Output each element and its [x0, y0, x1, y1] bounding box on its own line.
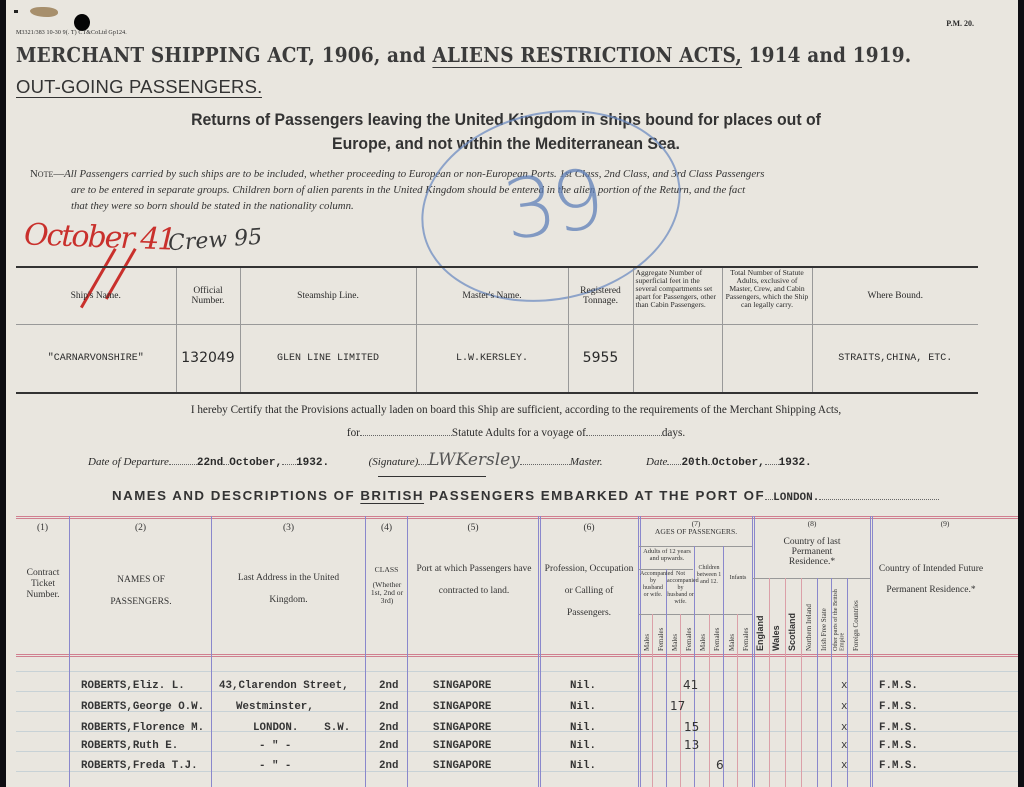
col6-number: (6)	[540, 523, 638, 534]
residence-mark: x	[841, 701, 847, 713]
future-residence: F.M.S.	[879, 740, 918, 752]
header-official-number: Official Number.	[176, 267, 240, 324]
passenger-class: 2nd	[379, 680, 398, 692]
future-residence: F.M.S.	[879, 701, 918, 713]
col-ages-adults: Adults of 12 years and upwards.	[640, 548, 694, 562]
document-subtitle: OUT-GOING PASSENGERS.	[16, 77, 262, 98]
col1-number: (1)	[16, 523, 69, 534]
sub-divider	[753, 578, 870, 579]
passenger-class: 2nd	[379, 760, 398, 772]
col-ages-children: Children between 1 and 12.	[695, 565, 723, 586]
passengers-heading: NAMES AND DESCRIPTIONS OF BRITISH PASSEN…	[112, 488, 939, 504]
passenger-port: SINGAPORE	[433, 701, 491, 713]
embarkation-port: LONDON.	[773, 492, 819, 504]
statute-adults-blank	[360, 426, 452, 436]
passenger-name: ROBERTS,Ruth E.	[81, 740, 178, 752]
col-males-label: Males	[699, 621, 707, 651]
col3-number: (3)	[212, 523, 365, 534]
col-profession-header: Profession, Occupation or Calling of Pas…	[542, 558, 636, 624]
date-day: 20th	[681, 457, 707, 469]
passenger-address: - " -	[259, 760, 291, 772]
ship-details-table: Ship's Name. Official Number. Steamship …	[16, 266, 978, 394]
voyage-days-blank	[586, 426, 662, 436]
header-where-bound: Where Bound.	[812, 267, 978, 324]
ship-header-row: Ship's Name. Official Number. Steamship …	[16, 267, 978, 324]
col-contract-ticket-header: Contract Ticket Number.	[18, 568, 68, 601]
date-month: October,	[712, 457, 765, 469]
master-signature: LWKersley	[428, 450, 520, 470]
master-name: L.W.KERSLEY.	[416, 324, 568, 393]
col-scotland-label: Scotland	[788, 611, 796, 651]
passenger-profession: Nil.	[570, 740, 596, 752]
certification-statement: I hereby Certify that the Provisions act…	[16, 404, 1016, 416]
future-residence: F.M.S.	[879, 680, 918, 692]
col4-number: (4)	[366, 523, 407, 534]
column-divider	[817, 578, 818, 787]
sub-divider	[639, 614, 752, 615]
col-class-subtitle: (Whether 1st, 2nd or 3rd)	[368, 581, 406, 605]
column-divider	[801, 578, 802, 787]
passenger-profession: Nil.	[570, 760, 596, 772]
col-wales-label: Wales	[772, 623, 780, 651]
column-divider	[709, 614, 710, 787]
column-divider	[407, 516, 408, 787]
passenger-name: ROBERTS,Freda T.J.	[81, 760, 198, 772]
heading-part-1: NAMES AND DESCRIPTIONS OF	[112, 488, 360, 503]
document-title: MERCHANT SHIPPING ACT, 1906, and ALIENS …	[16, 43, 911, 67]
departure-day: 22nd	[197, 457, 223, 469]
column-divider	[752, 516, 755, 787]
printer-reference: M3321/383 10-30 9(. T) CT&CoLtd Gp124.	[16, 30, 127, 36]
header-master-name: Master's Name.	[416, 267, 568, 324]
certification-voyage-line: forStatute Adults for a voyage ofdays.	[16, 426, 1016, 439]
passenger-port: SINGAPORE	[433, 760, 491, 772]
dotted-leader	[765, 490, 773, 500]
col-foreign-countries-label: Foreign Countries	[852, 593, 860, 651]
col-males-label: Males	[671, 621, 679, 651]
passenger-return-form: M3321/383 10-30 9(. T) CT&CoLtd Gp124. P…	[6, 0, 1018, 787]
blue-circled-number: 39	[498, 152, 607, 259]
col-british-empire-label: Other parts of the British Empire	[833, 581, 846, 651]
col-northern-ireland-label: Northern Ireland	[805, 595, 813, 651]
column-divider	[723, 546, 724, 787]
ship-name: "CARNARVONSHIRE"	[16, 324, 176, 393]
days-label: days.	[662, 427, 685, 439]
for-label: for	[347, 427, 360, 439]
col-ages-accompanied: Accompanied by husband or wife.	[640, 571, 666, 599]
passenger-address: LONDON. S.W.	[253, 722, 350, 734]
passenger-profession: Nil.	[570, 701, 596, 713]
passenger-port: SINGAPORE	[433, 740, 491, 752]
future-residence: F.M.S.	[879, 760, 918, 772]
col-england-label: England	[756, 611, 764, 651]
column-divider	[652, 614, 653, 787]
col5-number: (5)	[408, 523, 538, 534]
column-divider	[870, 516, 873, 787]
passenger-age: 6	[716, 758, 724, 772]
col-females-label: Females	[685, 621, 693, 651]
passenger-class: 2nd	[379, 740, 398, 752]
passenger-age: 41	[683, 678, 698, 692]
dotted-leader	[169, 455, 197, 465]
steamship-line: GLEN LINE LIMITED	[240, 324, 416, 393]
dotted-leader	[282, 455, 296, 465]
passenger-address: - " -	[259, 740, 291, 752]
col-port-header: Port at which Passengers have contracted…	[410, 558, 538, 602]
statute-label: Statute Adults for a voyage of	[452, 427, 586, 439]
heading-british: BRITISH	[360, 488, 424, 503]
passenger-name: ROBERTS,Eliz. L.	[81, 680, 185, 692]
col-females-label: Females	[742, 621, 750, 651]
column-divider	[365, 516, 366, 787]
col-future-residence-header: Country of Intended Future Permanent Res…	[876, 559, 986, 601]
punch-hole	[74, 14, 90, 31]
col-ages-infants: Infants	[724, 575, 752, 582]
passenger-age: 13	[684, 738, 699, 752]
column-divider	[69, 516, 70, 787]
passenger-table: (1) Contract Ticket Number. (2) NAMES OF…	[6, 513, 1018, 787]
dotted-leader	[819, 490, 939, 500]
table-top-rule	[16, 516, 1018, 519]
dotted-leader	[765, 455, 779, 465]
aggregate-feet	[633, 324, 722, 393]
form-code: P.M. 20.	[946, 19, 974, 28]
col-males-label: Males	[643, 621, 651, 651]
passenger-class: 2nd	[379, 701, 398, 713]
official-number: 132049	[176, 324, 240, 393]
signature-underline	[378, 476, 486, 477]
column-divider	[785, 578, 786, 787]
residence-mark: x	[841, 760, 847, 772]
passenger-address: Westminster,	[236, 701, 314, 713]
archive-stamp	[6, 4, 46, 18]
where-bound: STRAITS,CHINA, ETC.	[812, 324, 978, 393]
header-bottom-rule	[16, 654, 1018, 657]
passenger-profession: Nil.	[570, 722, 596, 734]
red-handwritten-annotation: October 41	[23, 217, 175, 257]
col-males-label: Males	[728, 621, 736, 651]
column-divider	[769, 578, 770, 787]
signature-label: (Signature)	[369, 456, 419, 468]
passenger-port: SINGAPORE	[433, 680, 491, 692]
col8-number: (8)	[754, 520, 870, 528]
col-ages-header: AGES OF PASSENGERS.	[648, 528, 744, 536]
departure-label: Date of Departure	[88, 456, 169, 468]
col-females-label: Females	[657, 621, 665, 651]
col9-number: (9)	[872, 520, 1018, 528]
sub-divider	[639, 546, 752, 547]
dotted-leader	[418, 455, 428, 465]
passenger-port: SINGAPORE	[433, 722, 491, 734]
heading-part-2: PASSENGERS EMBARKED AT THE PORT OF	[424, 488, 765, 503]
col-females-label: Females	[713, 621, 721, 651]
date-year: 1932.	[779, 457, 812, 469]
col-irish-free-state-label: Irish Free State	[820, 601, 828, 651]
dotted-leader	[520, 455, 570, 465]
residence-mark: x	[841, 680, 847, 692]
header-registered-tonnage: Registered Tonnage.	[568, 267, 633, 324]
passenger-age: 15	[684, 720, 699, 734]
statute-adults	[722, 324, 812, 393]
passenger-profession: Nil.	[570, 680, 596, 692]
passenger-address: 43,Clarendon Street,	[219, 680, 349, 692]
col-class-title: CLASS	[366, 566, 407, 574]
passenger-name: ROBERTS,Florence M.	[81, 722, 204, 734]
header-steamship-line: Steamship Line.	[240, 267, 416, 324]
pencil-handwritten-annotation: Crew 95	[167, 225, 263, 257]
dotted-leader	[667, 455, 681, 465]
departure-signature-line: Date of Departure22ndOctober,1932. (Sign…	[88, 450, 812, 470]
registered-tonnage: 5955	[568, 324, 633, 393]
residence-mark: x	[841, 740, 847, 752]
column-divider	[538, 516, 541, 787]
master-label: Master.	[570, 456, 603, 468]
title-part-2: ALIENS RESTRICTION ACTS,	[432, 43, 742, 67]
residence-mark: x	[841, 722, 847, 734]
col-ages-not-accompanied: Not accompanied by husband or wife.	[667, 571, 694, 606]
col-names-header: NAMES OF PASSENGERS.	[106, 569, 176, 613]
title-part-1: MERCHANT SHIPPING ACT, 1906, and	[16, 43, 432, 67]
departure-month: October,	[229, 457, 282, 469]
header-ship-name: Ship's Name.	[16, 267, 176, 324]
col-address-header: Last Address in the United Kingdom.	[226, 567, 351, 611]
passenger-class: 2nd	[379, 722, 398, 734]
header-statute-adults: Total Number of Statute Adults, exclusiv…	[722, 267, 812, 324]
note-label: Note—	[30, 168, 64, 180]
passenger-age: 17	[670, 699, 685, 713]
ship-value-row: "CARNARVONSHIRE" 132049 GLEN LINE LIMITE…	[16, 324, 978, 393]
passenger-name: ROBERTS,George O.W.	[81, 701, 204, 713]
title-part-3: 1914 and 1919.	[742, 43, 911, 67]
column-divider	[211, 516, 212, 787]
date-label: Date	[646, 456, 667, 468]
departure-year: 1932.	[296, 457, 329, 469]
future-residence: F.M.S.	[879, 722, 918, 734]
column-divider	[737, 614, 738, 787]
header-aggregate-feet: Aggregate Number of superficial feet in …	[633, 267, 722, 324]
col-residence-header: Country of last Permanent Residence.*	[774, 537, 850, 567]
ruled-line	[16, 671, 1018, 672]
col2-number: (2)	[70, 523, 211, 534]
